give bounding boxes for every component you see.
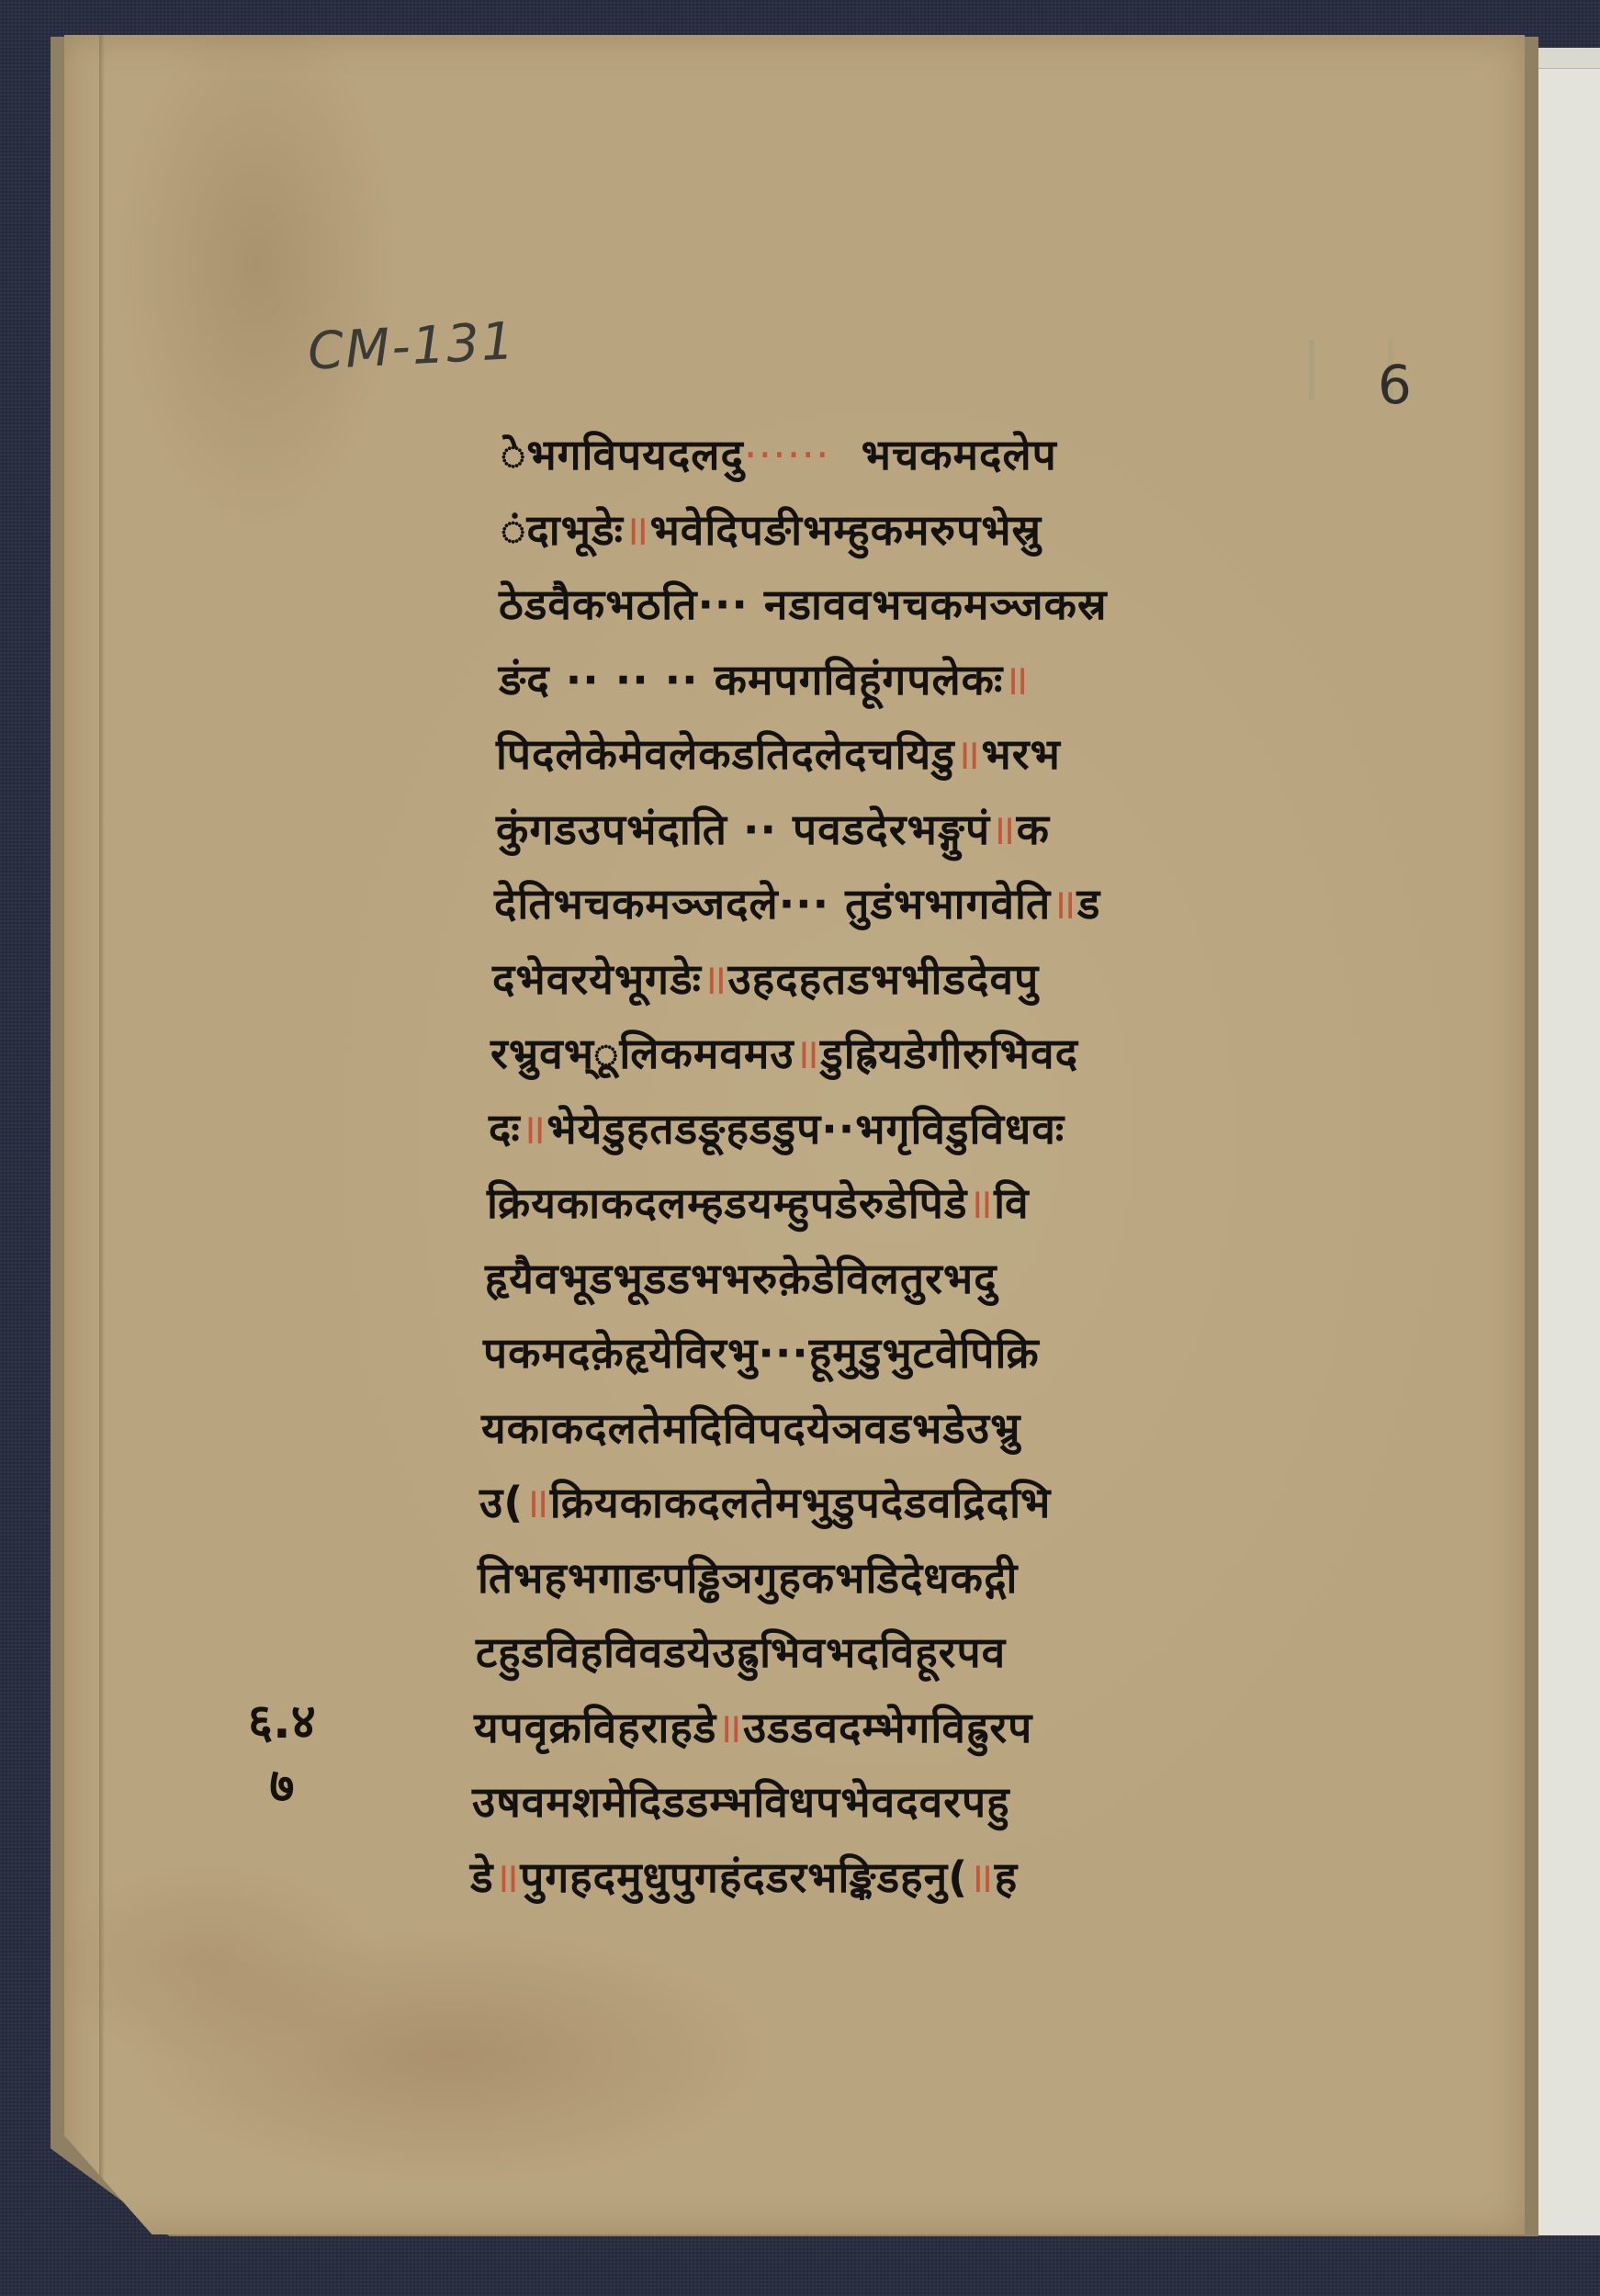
backing-card-edge [1538, 48, 1600, 69]
text-line-17: टहुडविहविवडयेउह्रुभिवभदविहूरपव [476, 1615, 1348, 1691]
text-line-9: रभ्रुवभ्ूलिकमवमउ॥डुह्रियडेगीरुभिवद [490, 1017, 1363, 1092]
shelf-mark: CM-131 [306, 311, 517, 382]
text-line-16: तिभहभगाङपड्ढिञगुहकभडिदेधकद्गी [478, 1541, 1350, 1616]
text-line-14: यकाकदलतेमदिविपदयेञवडभडेउभ्रु [481, 1391, 1354, 1467]
text-line-18: यपवृक्रविहराहडे॥उडडवदम्भेगविह्रुरप [474, 1691, 1346, 1766]
text-line-13: पकमदके़हृयेविरभु···हूमुडुभुटवेपिक्रि [483, 1316, 1356, 1391]
manuscript-text-block: ेभगविपयदलदु······ भचकमदलेप ंदाभूडेः॥भवेद… [496, 418, 1369, 1915]
text-line-8: दभेवरयेभूगडेः॥उहदहतडभभीडदेवपु [492, 942, 1365, 1018]
text-line-12: हृयैवभूडभूडडभभरुके़डेविलतु़रभदु [485, 1242, 1358, 1317]
text-line-6: कुंगडउपभंदाति ·· पवडदेरभङ्गुपं॥क [496, 793, 1369, 868]
text-line-10: दः॥भेयेडुहतडङूहडडुप··भगृविडुविधवः [489, 1092, 1361, 1167]
text-line-7: देतिभचकमञ्जदले··· तुडंभभागवेति॥ड [494, 867, 1367, 942]
page-fold-edge [99, 35, 105, 2234]
text-line-11: क्रियकाकदलम्हडयम्हुपडेरुडेपिडे॥वि [487, 1166, 1359, 1242]
text-line-2: ंदाभूडेः॥भवेदिपङीभम्हुकमरुपभेस्रु [501, 493, 1373, 568]
margin-numeral-top: ६.४ [248, 1690, 316, 1754]
text-line-20: डे॥पुगहदमुधुपुगहंदडरभङ्किडहनु(॥ह [470, 1840, 1343, 1916]
text-line-5: पिदलेकेमेवलेकडतिदलेदचयिडु॥भरभ [496, 717, 1369, 793]
folio-number: 6 [1378, 354, 1412, 416]
text-line-3: ठेडवैकभठति··· नडाववभचकमञ्जकस्र [499, 568, 1371, 643]
text-line-1: ेभगविपयदलदु······ भचकमदलेप [501, 418, 1373, 493]
margin-numeral-bottom: ७ [248, 1754, 316, 1818]
margin-leaf-numeral: ६.४ ७ [248, 1690, 316, 1818]
text-line-19: उषवमशमेदिडडम्भविधपभेवदवरपहु [472, 1765, 1345, 1840]
text-line-4: ङंद ·· ·· ·· कमपगविहूंगपलेकः॥ [499, 643, 1371, 718]
text-line-15: उ(॥क्रियकाकदलतेमभुडुपदेडवद्रिदभि [479, 1466, 1352, 1541]
